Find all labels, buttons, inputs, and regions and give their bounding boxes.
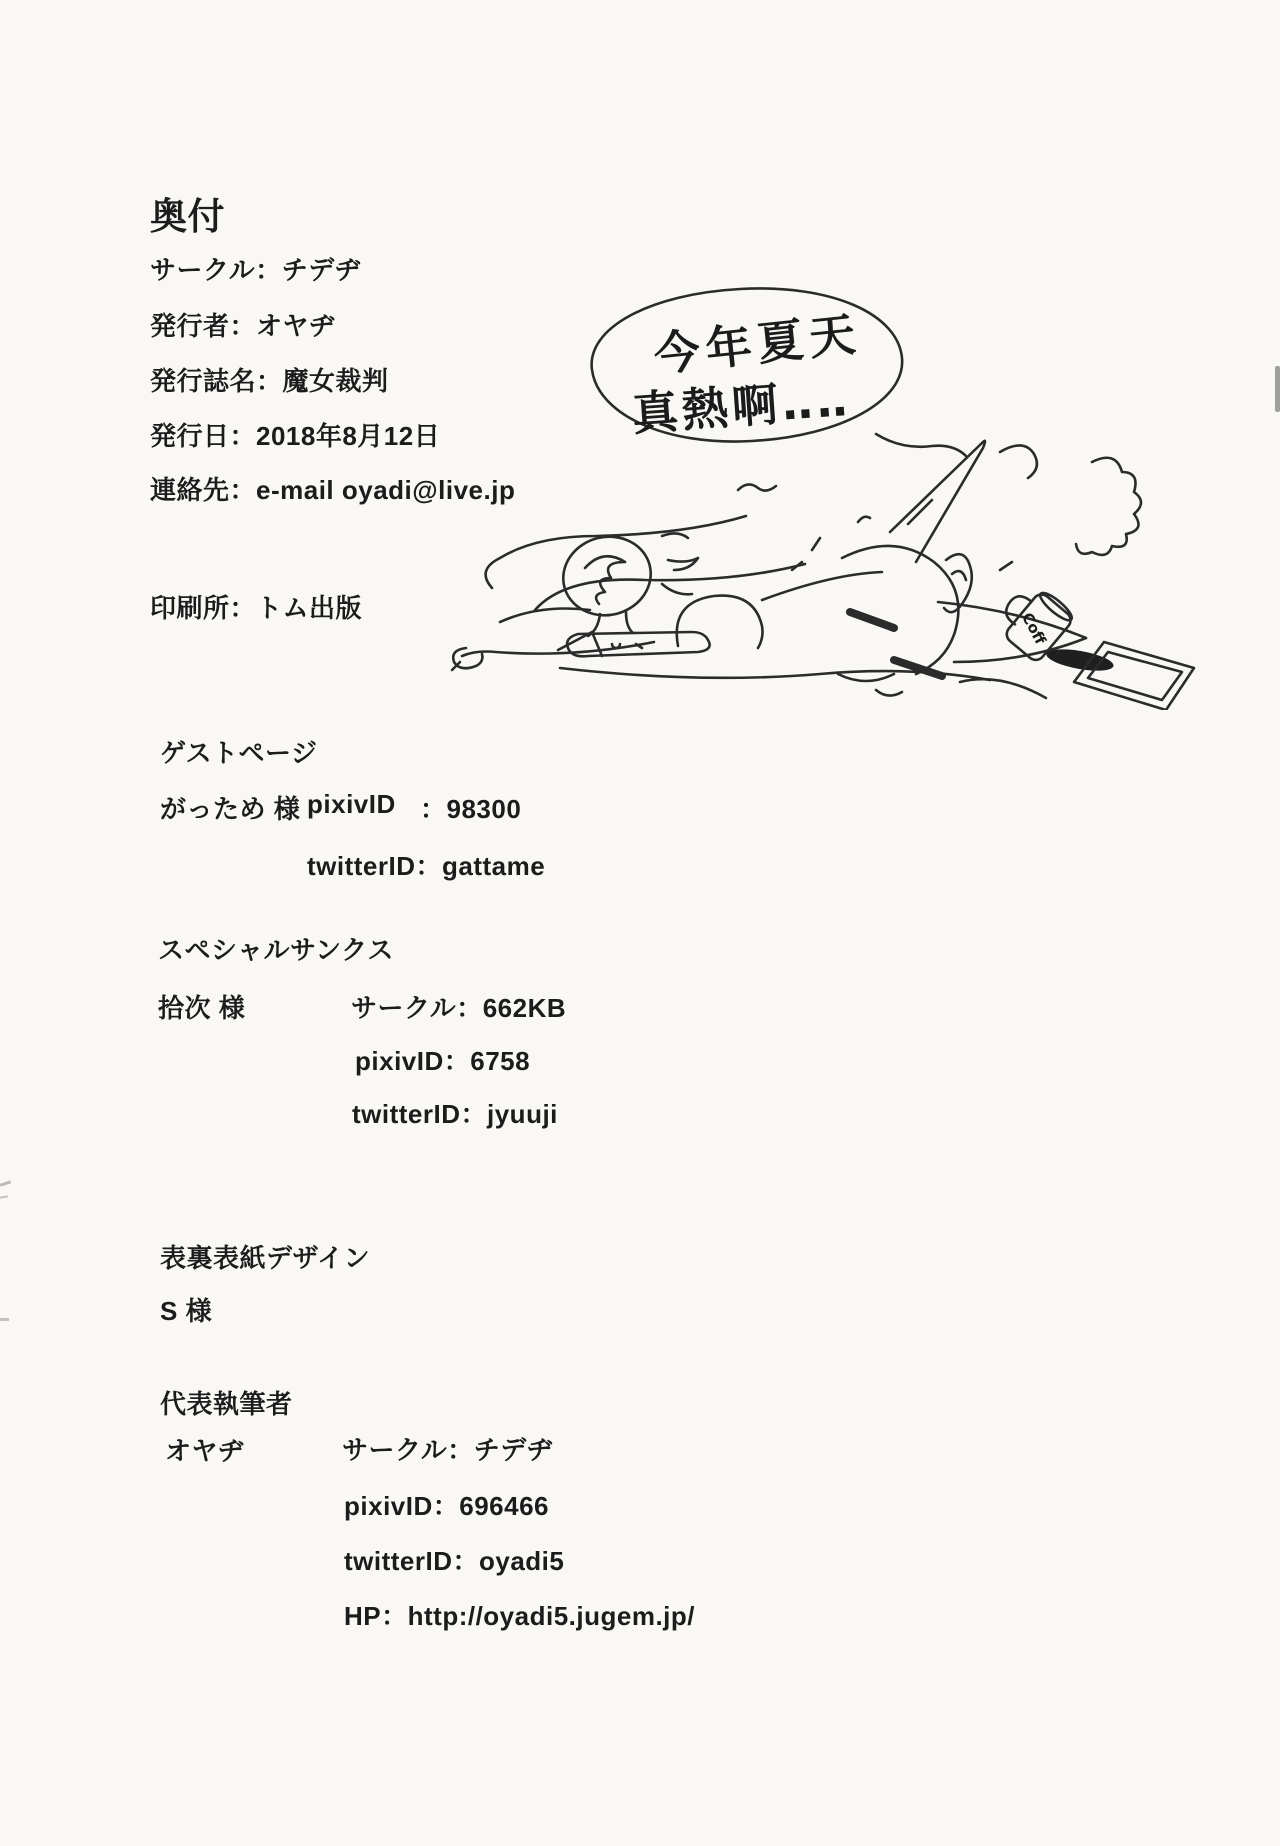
guest-twitter: twitterID：gattame: [307, 846, 545, 883]
author-heading: 代表執筆者: [160, 1384, 293, 1421]
guest-heading: ゲストページ: [160, 733, 317, 770]
author-name: オヤヂ: [165, 1431, 245, 1468]
date-line: 発行日：2018年8月12日: [150, 416, 440, 453]
publication-line: 発行誌名：魔女裁判: [150, 361, 389, 398]
scan-artifact-right-edge: [1275, 366, 1280, 412]
publisher-line: 発行者：オヤヂ: [150, 306, 336, 343]
guest-pixiv-value: ：98300: [420, 789, 521, 826]
steam-puffs-sketch: [1076, 458, 1141, 555]
electric-fan-sketch: [555, 528, 710, 657]
scan-artifact-left-scratch: [0, 1195, 8, 1198]
author-homepage: HP：http://oyadi5.jugem.jp/: [344, 1596, 695, 1633]
scan-artifact-left-scratch: [0, 1318, 9, 1321]
thanks-twitter: twitterID：jyuuji: [352, 1094, 558, 1131]
hand-drawn-illustration: 今年夏天 真熱啊‥‥ Coff: [440, 270, 1220, 710]
laptop-sketch: [1074, 642, 1194, 710]
cover-name: S 様: [160, 1291, 212, 1328]
thanks-name: 拾次 様: [158, 988, 245, 1025]
author-circle: サークル：チデヂ: [342, 1430, 553, 1467]
colophon-scan-page: 奥付 サークル：チデヂ 発行者：オヤヂ 発行誌名：魔女裁判 発行日：2018年8…: [0, 0, 1280, 1846]
thanks-heading: スペシャルサンクス: [158, 930, 394, 967]
thanks-circle: サークル：662KB: [351, 988, 566, 1025]
bubble-text-line-1: 今年夏天: [651, 306, 864, 381]
guest-pixiv-label: pixivID: [307, 789, 396, 820]
author-twitter: twitterID：oyadi5: [344, 1541, 564, 1578]
author-pixiv: pixivID：696466: [344, 1486, 549, 1523]
character-sketch: [452, 441, 1086, 698]
guest-name: がっため 様: [160, 789, 300, 826]
printer-line: 印刷所：トム出版: [150, 588, 362, 625]
page-title: 奥付: [150, 186, 225, 240]
thanks-pixiv: pixivID：6758: [355, 1041, 530, 1078]
mug-label: Coff: [1018, 610, 1050, 649]
cover-heading: 表裏表紙デザイン: [160, 1238, 370, 1275]
scan-artifact-left-scratch: [0, 1180, 11, 1186]
circle-line: サークル：チデヂ: [150, 250, 361, 287]
